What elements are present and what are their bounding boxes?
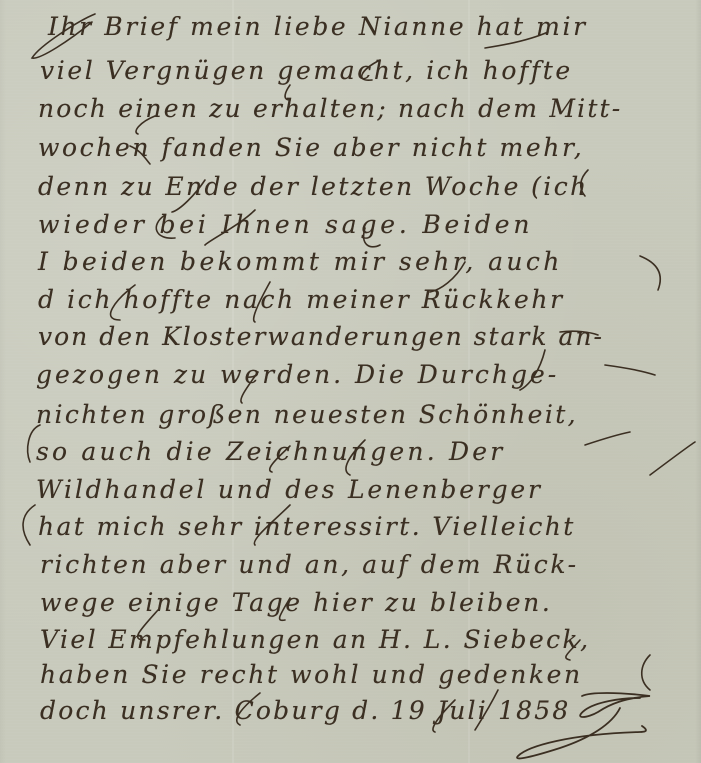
letter-page: Ihr Brief mein liebe Nianne hat mir viel… [0, 0, 701, 763]
pen-flourishes [0, 0, 701, 763]
signature-flourish [500, 690, 700, 763]
